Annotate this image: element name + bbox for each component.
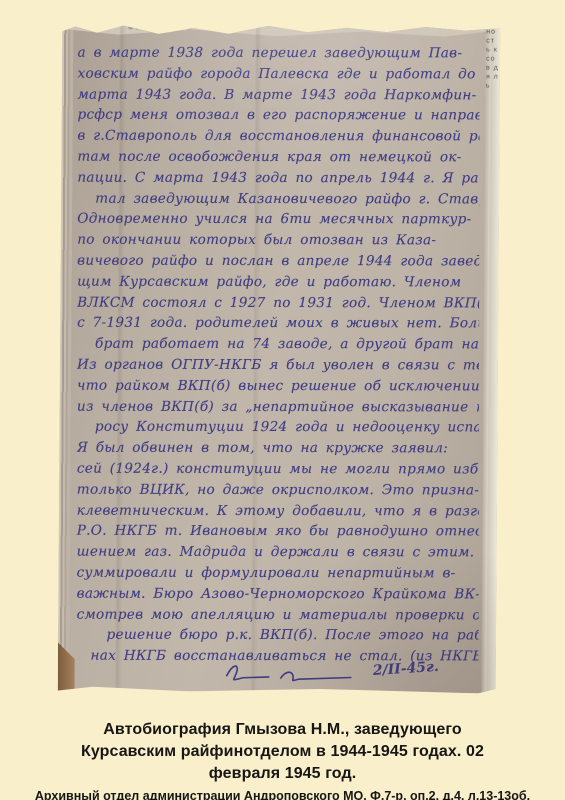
handwriting-line: росу Конституции 1924 года и недооценку … xyxy=(77,417,479,438)
handwriting-line: Р.О. НКГБ т. Ивановым яко бы равнодушно … xyxy=(77,521,479,542)
handwriting-line: клеветническим. К этому добавили, что я … xyxy=(77,500,479,521)
handwriting-line: только ВЦИК, но даже окрисполком. Это пр… xyxy=(77,479,479,500)
caption-archive-reference: Архивный отдел администрации Андроповско… xyxy=(0,789,565,800)
handwriting-line: по окончании которых был отозван из Каза… xyxy=(77,230,479,251)
handwriting-line: Из органов ОГПУ-НКГБ я был уволен в связ… xyxy=(77,355,479,376)
handwriting-line: сей (1924г.) конституции мы не могли пря… xyxy=(77,459,479,480)
handwriting-line: щим Курсавским райфо, где и работаю. Чле… xyxy=(77,271,479,292)
document-photo: ность к сов дя ль овая жизни а в марте 1… xyxy=(58,20,501,693)
handwriting-line: там после освобождения края от немецкой … xyxy=(77,147,479,168)
handwriting-line: суммировали и формулировали непартийным … xyxy=(77,563,479,584)
handwriting-line: шением газ. Мадрида и держали в связи с … xyxy=(77,542,479,563)
handwriting-line: брат работает на 74 заводе, а другой бра… xyxy=(77,334,479,355)
handwriting-line: вичевого райфо и послан в апреле 1944 го… xyxy=(77,251,479,272)
torn-paper-strip: овая жизни xyxy=(68,21,486,39)
handwriting-line: решение бюро р.к. ВКП(б). После этого на… xyxy=(77,625,479,646)
page: { "colors":{ "page_background":"#f9efca"… xyxy=(0,0,565,800)
printed-fragment-right: ность к сов дя ль xyxy=(485,27,499,177)
handwriting-line: смотрев мою апелляцию и материалы провер… xyxy=(77,604,479,625)
caption-title: Автобиография Гмызова Н.М., заведующего … xyxy=(57,719,509,785)
handwriting-line: Одновременно учился на 6ти месячных парт… xyxy=(77,209,479,230)
signature-row: 2/II-45г. xyxy=(75,659,477,688)
handwriting-line: ВЛКСМ состоял с 1927 по 1931 год. Членом… xyxy=(77,292,479,313)
handwriting-line: рсфср меня отозвал в его распоряжение и … xyxy=(77,105,479,126)
printed-fragment-top: овая жизни xyxy=(128,22,476,33)
handwriting-line: в г.Ставрополь для восстановления финанс… xyxy=(77,126,479,147)
handwritten-text: а в марте 1938 года перешел заведующим П… xyxy=(76,43,479,663)
handwriting-line: а в марте 1938 года перешел заведующим П… xyxy=(78,43,480,64)
adjacent-page-edge: ность к сов дя ль xyxy=(481,23,501,693)
handwriting-line: важным. Бюро Азово-Черноморского Крайком… xyxy=(77,583,479,604)
signature-stroke xyxy=(223,662,353,687)
stacked-page-edges xyxy=(58,20,74,690)
handwriting-line: тал заведующим Казановичевого райфо г. С… xyxy=(77,188,479,209)
handwriting-line: Я был обвинен в том, что на кружке заяви… xyxy=(77,438,479,459)
handwriting-line: из членов ВКП(б) за „непартийное высказы… xyxy=(77,396,479,417)
handwriting-line: с 7-1931 года. родителей моих в живых не… xyxy=(77,313,479,334)
document-date: 2/II-45г. xyxy=(372,659,439,679)
handwriting-line: ховским райфо города Палевска где и рабо… xyxy=(77,63,479,84)
handwriting-line: что райком ВКП(б) вынес решение об исклю… xyxy=(77,375,479,396)
handwriting-line: пации. С марта 1943 года по апрель 1944 … xyxy=(77,167,479,188)
handwriting-line: марта 1943 года. В марте 1943 года Нарко… xyxy=(77,84,479,105)
caption: Автобиография Гмызова Н.М., заведующего … xyxy=(0,719,565,800)
